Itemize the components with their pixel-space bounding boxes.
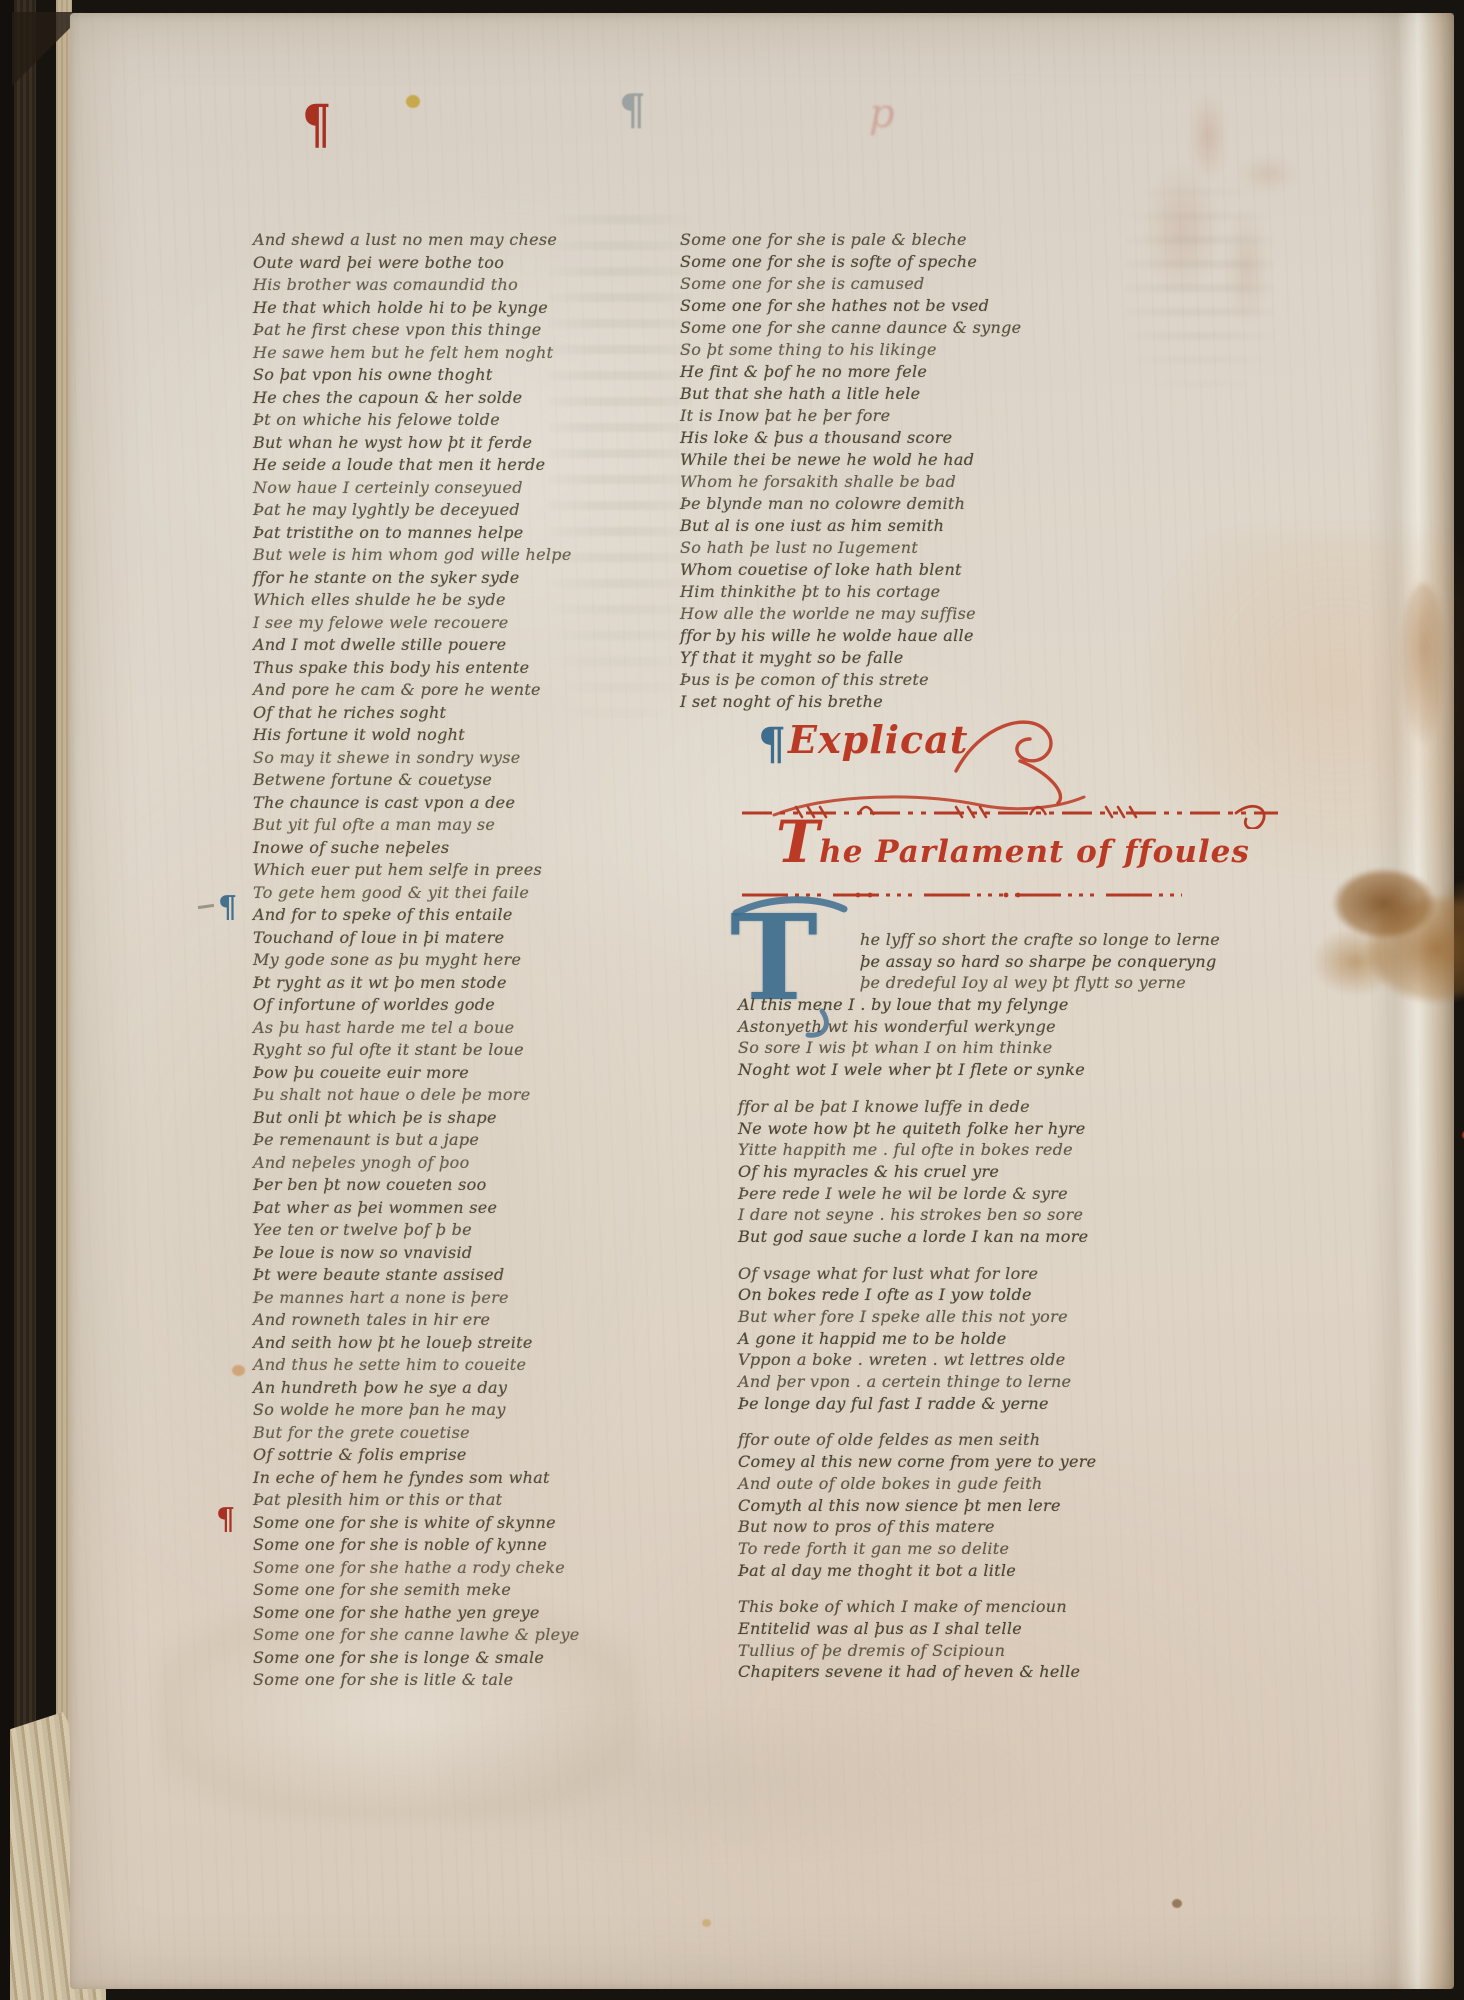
manuscript-text-line: Vppon a boke . wreten . wt lettres olde	[738, 1349, 1220, 1371]
fold-stain	[1400, 583, 1446, 743]
manuscript-text-line: His fortune it wold noght	[253, 724, 580, 747]
manuscript-text-line: But whan he wyst how þt it ferde	[253, 432, 580, 455]
manuscript-text-line: To gete hem good & yit thei faile	[253, 882, 580, 905]
manuscript-text-line: Of infortune of worldes gode	[253, 994, 580, 1017]
manuscript-text-line: His loke & þus a thousand score	[680, 427, 1021, 449]
manuscript-text-line: Some one for she hathe a rody cheke	[253, 1557, 580, 1580]
manuscript-text-line: Þer ben þt now coueten soo	[253, 1174, 580, 1197]
manuscript-text-line: Noght wot I wele wher þt I flete or synk…	[738, 1059, 1220, 1081]
manuscript-text-line: Ne wote how þt he quiteth folke her hyre	[738, 1118, 1220, 1140]
manuscript-text-line: Tullius of þe dremis of Scipioun	[738, 1640, 1220, 1662]
paraph-cue-mark	[198, 904, 214, 909]
manuscript-text-line: So hath þe lust no Iugement	[680, 537, 1021, 559]
text-column-left: And shewd a lust no men may cheseOute wa…	[253, 229, 580, 1692]
manuscript-text-line: Inowe of suche neþeles	[253, 837, 580, 860]
manuscript-text-line: And oute of olde bokes in gude feith	[738, 1473, 1220, 1495]
manuscript-text-line: Þat he may lyghtly be deceyued	[253, 499, 580, 522]
manuscript-text-line: Þe loue is now so vnavisid	[253, 1242, 580, 1265]
manuscript-text-line: He ches the capoun & her solde	[253, 387, 580, 410]
poem-stanzas: he lyff so short the crafte so longe to …	[738, 929, 1220, 1698]
photo-backdrop-left	[0, 0, 14, 2000]
manuscript-text-line: Þe remenaunt is but a jape	[253, 1129, 580, 1152]
manuscript-text-line: Some one for she is white of skynne	[253, 1512, 580, 1535]
manuscript-text-line: Þat plesith him or this or that	[253, 1489, 580, 1512]
speck-yellow	[406, 95, 420, 108]
manuscript-text-line: þe assay so hard so sharpe þe conqueryng	[738, 951, 1220, 973]
manuscript-text-line: Þt on whiche his felowe tolde	[253, 409, 580, 432]
manuscript-text-line: Of vsage what for lust what for lore	[738, 1263, 1220, 1285]
manuscript-text-line: Chapiters sevene it had of heven & helle	[738, 1661, 1220, 1683]
manuscript-text-line: His brother was comaundid tho	[253, 274, 580, 297]
manuscript-text-line: Some one for she is noble of kynne	[253, 1534, 580, 1557]
poem-stanza: he lyff so short the crafte so longe to …	[738, 929, 1220, 1081]
poem-stanza: Of vsage what for lust what for loreOn b…	[738, 1263, 1220, 1415]
stain-offset-figure	[1065, 81, 1325, 391]
manuscript-text-line: Thus spake this body his entente	[253, 657, 580, 680]
manuscript-text-line: Þat tristithe on to mannes helpe	[253, 522, 580, 545]
manuscript-text-line: And seith how þt he loueþ streite	[253, 1332, 580, 1355]
stain-bottom-center	[440, 1708, 1020, 1858]
manuscript-text-line: Yitte happith me . ful ofte in bokes red…	[738, 1139, 1220, 1161]
manuscript-text-line: Þow þu coueite euir more	[253, 1062, 580, 1085]
show-through-text-right-margin	[1125, 178, 1275, 388]
manuscript-text-line: So þat vpon his owne thoght	[253, 364, 580, 387]
manuscript-text-line: He sawe hem but he felt hem noght	[253, 342, 580, 365]
manuscript-text-line: ffor by his wille he wolde haue alle	[680, 625, 1021, 647]
manuscript-text-line: So wolde he more þan he may	[253, 1399, 580, 1422]
manuscript-text-line: Þat wher as þei wommen see	[253, 1197, 580, 1220]
manuscript-text-line: Yf that it myght so be falle	[680, 647, 1021, 669]
speck-brown-bottom	[1172, 1899, 1182, 1908]
faded-letter-mark: p	[869, 91, 895, 137]
manuscript-text-line: Betwene fortune & couetyse	[253, 769, 580, 792]
poem-stanza: ffor oute of olde feldes as men seithCom…	[738, 1429, 1220, 1581]
manuscript-text-line: Þe longe day ful fast I radde & yerne	[738, 1393, 1220, 1415]
manuscript-text-line: While thei be newe he wold he had	[680, 449, 1021, 471]
manuscript-text-line: Some one for she is softe of speche	[680, 251, 1021, 273]
manuscript-text-line: Some one for she is pale & bleche	[680, 229, 1021, 251]
manuscript-text-line: Whom couetise of loke hath blent	[680, 559, 1021, 581]
blue-paraph-icon: ¶	[218, 893, 237, 923]
manuscript-text-line: And neþeles ynogh of þoo	[253, 1152, 580, 1175]
manuscript-text-line: On bokes rede I ofte as I yow tolde	[738, 1284, 1220, 1306]
manuscript-text-line: So þt some thing to his likinge	[680, 339, 1021, 361]
manuscript-text-line: Which euer put hem selfe in prees	[253, 859, 580, 882]
stain-large-brown	[1302, 849, 1464, 1031]
manuscript-text-line: He fint & þof he no more fele	[680, 361, 1021, 383]
manuscript-text-line: But for the grete couetise	[253, 1422, 580, 1445]
manuscript-text-line: Some one for she hathe yen greye	[253, 1602, 580, 1625]
manuscript-text-line: Which elles shulde he be syde	[253, 589, 580, 612]
page-edges-stack	[36, 0, 56, 2000]
manuscript-text-line: And shewd a lust no men may chese	[253, 229, 580, 252]
manuscript-text-line: The chaunce is cast vpon a dee	[253, 792, 580, 815]
manuscript-text-line: And þer vpon . a certein thinge to lerne	[738, 1371, 1220, 1393]
speck-orange-bottom	[702, 1919, 711, 1927]
manuscript-text-line: Whom he forsakith shalle be bad	[680, 471, 1021, 493]
manuscript-text-line: So may it shewe in sondry wyse	[253, 747, 580, 770]
red-paraph-icon: ¶	[216, 1505, 235, 1535]
manuscript-text-line: And rowneth tales in hir ere	[253, 1309, 580, 1332]
manuscript-text-line: How alle the worlde ne may suffise	[680, 603, 1021, 625]
text-column-right: Some one for she is pale & blecheSome on…	[680, 229, 1021, 713]
manuscript-text-line: So sore I wis þt whan I on him thinke	[738, 1037, 1220, 1059]
manuscript-text-line: Of sottrie & folis emprise	[253, 1444, 580, 1467]
manuscript-text-line: To rede forth it gan me so delite	[738, 1538, 1220, 1560]
manuscript-text-line: Touchand of loue in þi matere	[253, 927, 580, 950]
manuscript-text-line: ffor oute of olde feldes as men seith	[738, 1429, 1220, 1451]
manuscript-text-line: Some one for she canne lawhe & pleye	[253, 1624, 580, 1647]
manuscript-text-line: Some one for she canne daunce & synge	[680, 317, 1021, 339]
manuscript-text-line: Þe mannes hart a none is þere	[253, 1287, 580, 1310]
manuscript-text-line: But now to pros of this matere	[738, 1516, 1220, 1538]
manuscript-text-line: And I mot dwelle stille pouere	[253, 634, 580, 657]
manuscript-text-line: But god saue suche a lorde I kan na more	[738, 1226, 1220, 1248]
manuscript-text-line: Astonyeth wt his wonderful werkynge	[738, 1016, 1220, 1038]
manuscript-text-line: And thus he sette him to coueite	[253, 1354, 580, 1377]
manuscript-text-line: Þat al day me thoght it bot a litle	[738, 1560, 1220, 1582]
speck-orange-left	[232, 1365, 245, 1376]
manuscript-text-line: Of that he riches soght	[253, 702, 580, 725]
manuscript-text-line: And for to speke of this entaile	[253, 904, 580, 927]
explicit-rubric: ¶Explicat	[758, 717, 968, 770]
manuscript-text-line: An hundreth þow he sye a day	[253, 1377, 580, 1400]
manuscript-text-line: he lyff so short the crafte so longe to …	[738, 929, 1220, 951]
manuscript-text-line: Þu shalt not haue o dele þe more	[253, 1084, 580, 1107]
manuscript-text-line: I dare not seyne . his strokes ben so so…	[738, 1204, 1220, 1226]
red-pen-flourish	[950, 705, 1100, 805]
manuscript-text-line: But wher fore I speke alle this not yore	[738, 1306, 1220, 1328]
manuscript-text-line: Þe blynde man no colowre demith	[680, 493, 1021, 515]
manuscript-text-line: My gode sone as þu myght here	[253, 949, 580, 972]
blue-paraph-icon: ¶	[758, 719, 786, 770]
manuscript-text-line: Þt ryght as it wt þo men stode	[253, 972, 580, 995]
red-paraph-icon: ¶	[302, 93, 331, 155]
manuscript-text-line: Oute ward þei were bothe too	[253, 252, 580, 275]
manuscript-photo: ¶ ¶ p And shewd a lust no men may cheseO…	[0, 0, 1464, 2000]
manuscript-text-line: ffor al be þat I knowe luffe in dede	[738, 1096, 1220, 1118]
manuscript-text-line: Some one for she hathes not be vsed	[680, 295, 1021, 317]
manuscript-text-line: Some one for she is litle & tale	[253, 1669, 580, 1692]
page-right-fold	[1368, 13, 1454, 1989]
manuscript-text-line: Some one for she is longe & smale	[253, 1647, 580, 1670]
manuscript-text-line: Þere rede I wele he wil be lorde & syre	[738, 1183, 1220, 1205]
manuscript-text-line: Entitelid was al þus as I shal telle	[738, 1618, 1220, 1640]
parchment-page: ¶ ¶ p And shewd a lust no men may cheseO…	[70, 13, 1454, 1989]
manuscript-text-line: ffor he stante on the syker syde	[253, 567, 580, 590]
manuscript-text-line: Þus is þe comon of this strete	[680, 669, 1021, 691]
manuscript-text-line: This boke of which I make of mencioun	[738, 1596, 1220, 1618]
page-title-rubric: The Parlament of ffoules	[776, 813, 1250, 871]
manuscript-text-line: Comyth al this now sience þt men lere	[738, 1495, 1220, 1517]
manuscript-text-line: þe dredeful Ioy al wey þt flytt so yerne	[738, 972, 1220, 994]
manuscript-text-line: It is Inow þat he þer fore	[680, 405, 1021, 427]
manuscript-text-line: Some one for she semith meke	[253, 1579, 580, 1602]
explicit-label: Explicat	[788, 717, 968, 762]
grey-paraph-icon: ¶	[619, 85, 646, 134]
manuscript-text-line: Þat he first chese vpon this thinge	[253, 319, 580, 342]
manuscript-text-line: But yit ful ofte a man may se	[253, 814, 580, 837]
manuscript-text-line: Of his myracles & his cruel yre	[738, 1161, 1220, 1183]
manuscript-text-line: Him thinkithe þt to his cortage	[680, 581, 1021, 603]
manuscript-text-line: And pore he cam & pore he wente	[253, 679, 580, 702]
manuscript-text-line: Some one for she is camused	[680, 273, 1021, 295]
manuscript-text-line: In eche of hem he fyndes som what	[253, 1467, 580, 1490]
manuscript-text-line: But wele is him whom god wille helpe	[253, 544, 580, 567]
poem-stanza: This boke of which I make of menciounEnt…	[738, 1596, 1220, 1683]
manuscript-text-line: He seide a loude that men it herde	[253, 454, 580, 477]
manuscript-text-line: Þt were beaute stante assised	[253, 1264, 580, 1287]
manuscript-text-line: As þu hast harde me tel a boue	[253, 1017, 580, 1040]
manuscript-text-line: But al is one iust as him semith	[680, 515, 1021, 537]
manuscript-text-line: I see my felowe wele recouere	[253, 612, 580, 635]
manuscript-text-line: Yee ten or twelve þof þ be	[253, 1219, 580, 1242]
manuscript-text-line: But that she hath a litle hele	[680, 383, 1021, 405]
title-text: he Parlament of ffoules	[819, 834, 1250, 870]
book-spine-edge	[14, 0, 36, 2000]
manuscript-text-line: Al this mene I . by loue that my felynge	[738, 994, 1220, 1016]
title-initial: T	[776, 808, 819, 876]
manuscript-text-line: Comey al this new corne from yere to yer…	[738, 1451, 1220, 1473]
manuscript-text-line: He that which holde hi to þe kynge	[253, 297, 580, 320]
poem-stanza: ffor al be þat I knowe luffe in dedeNe w…	[738, 1096, 1220, 1248]
manuscript-text-line: Ryght so ful ofte it stant be loue	[253, 1039, 580, 1062]
manuscript-text-line: Now haue I certeinly conseyued	[253, 477, 580, 500]
manuscript-text-line: A gone it happid me to be holde	[738, 1328, 1220, 1350]
manuscript-text-line: But onli þt which þe is shape	[253, 1107, 580, 1130]
